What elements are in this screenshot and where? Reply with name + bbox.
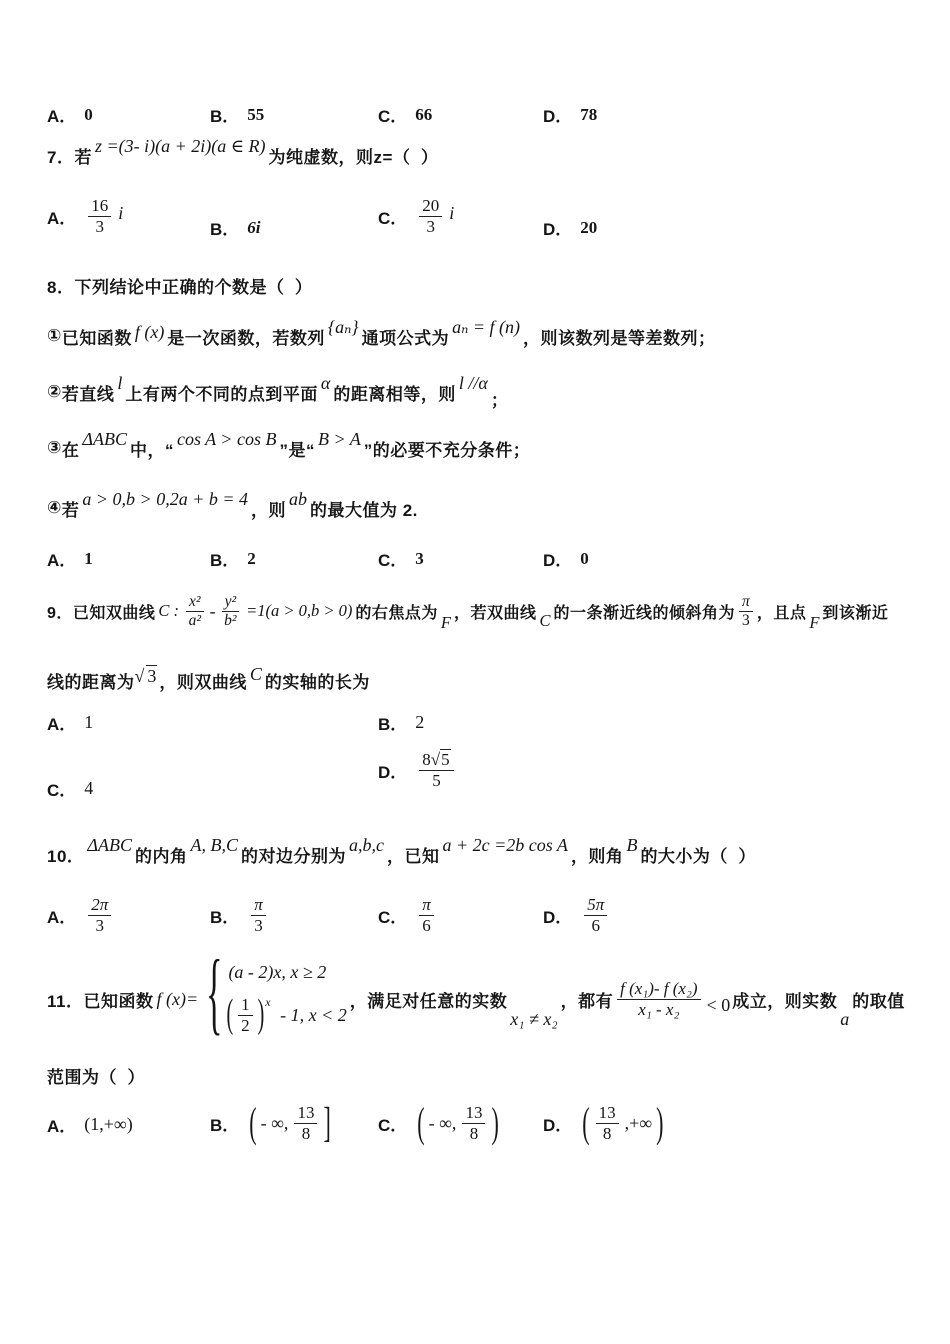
option-label: C． <box>378 546 407 571</box>
fraction-denominator: a² <box>186 612 204 630</box>
q10-option-d: D．5π6 <box>543 888 611 942</box>
option-label: A． <box>47 903 76 928</box>
fraction-numerator: π <box>251 895 266 916</box>
fraction-numerator: 16 <box>88 196 111 217</box>
math: l <box>117 373 122 394</box>
q9-option-b: B．2 <box>378 710 424 735</box>
q6-option-a: A．0 <box>47 102 93 127</box>
exponent: x <box>265 995 270 1010</box>
q11-stem: 11．已知函数f (x)={(a - 2)x, x ≥ 2(12)x - 1, … <box>47 948 905 1050</box>
piecewise-brace: { <box>206 944 222 1047</box>
radicand: 3 <box>146 665 157 687</box>
close-paren: ) <box>491 1098 498 1147</box>
fraction-denominator: 2 <box>238 1016 253 1036</box>
fraction-denominator: 3 <box>88 217 111 237</box>
q9-option-d: D．8√55 <box>378 750 458 790</box>
option-value: 6i <box>247 218 260 238</box>
option-label: B． <box>210 1111 239 1136</box>
math: {aₙ} <box>328 317 359 338</box>
q10-text: ，已知 <box>387 842 440 867</box>
item-text: 通项公式为 <box>362 324 450 349</box>
q8-option-b: B．2 <box>210 546 256 571</box>
math: ΔABC <box>87 835 132 856</box>
item-text: 中，“ <box>130 436 174 461</box>
q11-range-line: 范围为（ ） <box>47 1062 145 1088</box>
math: ab <box>289 489 307 510</box>
option-label: A． <box>47 546 76 571</box>
math: F <box>809 613 819 633</box>
fraction-numerator: 13 <box>294 1103 317 1124</box>
q11-text: 的取值 <box>852 987 905 1012</box>
q10-text: 的大小为（ ） <box>640 842 755 867</box>
option-value: 78 <box>580 105 597 125</box>
option-value: 1 <box>84 549 93 569</box>
q7-pre-text: 若 <box>74 143 92 168</box>
inequality: < 0 <box>707 995 731 1016</box>
interval-left: - ∞, <box>261 1113 289 1134</box>
q11-text: 范围为（ ） <box>47 1063 145 1088</box>
fraction-denominator: 3 <box>251 916 266 936</box>
item-text: 若直线 <box>62 380 115 405</box>
q8-item-1: ①已知函数f (x)是一次函数，若数列{aₙ}通项公式为aₙ = f (n)，则… <box>47 316 716 356</box>
item-number: ① <box>47 326 62 346</box>
math: a + 2c =2b cos A <box>442 835 567 856</box>
option-value: 4 <box>84 778 93 799</box>
q10-options-row: A．2π3 B．π3 C．π6 D．5π6 <box>0 888 950 942</box>
q11-options-row: A．(1,+∞) B．(- ∞,138] C．(- ∞,138) D．(138,… <box>0 1092 950 1154</box>
q7-number: 7． <box>47 143 74 168</box>
q10-option-c: C．π6 <box>378 888 438 942</box>
option-value: 0 <box>580 549 589 569</box>
option-label: C． <box>378 1111 407 1136</box>
radical-sign: √ <box>135 666 145 687</box>
interval-right: ,+∞ <box>625 1113 652 1134</box>
q11-option-c: C．(- ∞,138) <box>378 1092 501 1154</box>
fraction-numerator: 13 <box>462 1103 485 1124</box>
option-label: B． <box>210 903 239 928</box>
q11-number: 11． <box>47 987 83 1012</box>
q7-stem: 7．若z =(3- i)(a + 2i)(a ∈ R)为纯虚数，则z=（ ） <box>47 138 438 172</box>
q10-text: 的对边分别为 <box>241 842 346 867</box>
fraction-denominator: x₁ - x₂ <box>617 1000 700 1020</box>
q9-option-c: C．4 <box>47 776 93 801</box>
fraction: π3 <box>251 895 266 935</box>
option-value: (1,+∞) <box>84 1114 132 1135</box>
q6-option-d: D．78 <box>543 102 597 127</box>
option-label: C． <box>47 776 76 801</box>
option-label: B． <box>210 215 239 240</box>
q8-option-c: C．3 <box>378 546 424 571</box>
item-text: ，则该数列是等差数列； <box>523 324 716 349</box>
q8-option-a: A．1 <box>47 546 93 571</box>
fraction-numerator: y² <box>222 593 240 612</box>
q11-text: ，满足对任意的实数 <box>350 987 508 1012</box>
open-paren: ( <box>226 993 233 1039</box>
q11-option-a: A．(1,+∞) <box>47 1112 133 1137</box>
fraction: 138 <box>462 1103 485 1143</box>
q9-text: ，若双曲线 <box>454 600 537 623</box>
fraction: 138 <box>294 1103 317 1143</box>
option-value: 2 <box>415 712 424 733</box>
item-text: ”是“ <box>279 436 315 461</box>
fraction-denominator: 3 <box>739 612 753 630</box>
item-text: ，则 <box>251 496 286 521</box>
interval-left: - ∞, <box>429 1113 457 1134</box>
coefficient: 8 <box>422 750 431 769</box>
fraction: 138 <box>596 1103 619 1143</box>
open-paren: ( <box>582 1098 589 1147</box>
option-value: 0 <box>84 105 93 125</box>
open-paren: ( <box>249 1098 256 1147</box>
option-label: A． <box>47 710 76 735</box>
q11-option-b: B．(- ∞,138] <box>210 1092 333 1154</box>
q7-option-b: B．6i <box>210 215 261 240</box>
close-bracket: ] <box>323 1098 330 1147</box>
radical-sign: √ <box>431 750 440 769</box>
fraction-denominator: 6 <box>419 916 434 936</box>
item-number: ④ <box>47 498 62 518</box>
option-tail: i <box>449 203 454 224</box>
q9-text: 线的距离为 <box>47 668 135 693</box>
option-value: 1 <box>84 712 93 733</box>
q10-number: 10． <box>47 842 84 867</box>
q9-text: 的一条渐近线的倾斜角为 <box>554 600 736 623</box>
q8-stem: 8．下列结论中正确的个数是（ ） <box>47 272 312 298</box>
option-label: D． <box>378 758 407 783</box>
option-value: 55 <box>247 105 264 125</box>
math: F <box>441 613 451 633</box>
item-text: ”的必要不充分条件； <box>364 436 531 461</box>
fraction: 8√55 <box>419 750 453 790</box>
math: B <box>626 835 637 856</box>
fraction: π3 <box>739 593 753 630</box>
fraction-numerator: f (x₁)- f (x₂) <box>617 979 700 1000</box>
fraction: 163 <box>88 196 111 236</box>
option-label: D． <box>543 1111 572 1136</box>
item-text: 的距离相等，则 <box>333 380 456 405</box>
option-tail: i <box>118 203 123 224</box>
math: C <box>250 664 262 685</box>
option-value: 2 <box>247 549 256 569</box>
fraction-numerator: 5π <box>584 895 607 916</box>
fraction: 5π6 <box>584 895 607 935</box>
option-label: C． <box>378 204 407 229</box>
fraction-numerator: π <box>739 593 753 612</box>
item-number: ③ <box>47 438 62 458</box>
math: ΔABC <box>82 429 127 450</box>
q9-stem-line2: 线的距离为√3，则双曲线C的实轴的长为 <box>47 658 370 702</box>
item-text: 上有两个不同的点到平面 <box>125 380 318 405</box>
option-label: D． <box>543 903 572 928</box>
fraction: y²b² <box>222 593 240 630</box>
q6-option-c: C．66 <box>378 102 432 127</box>
math: f (x) <box>135 322 164 343</box>
math: aₙ = f (n) <box>452 317 520 338</box>
q10-text: ，则角 <box>571 842 624 867</box>
q9-options-row1: A．1 B．2 <box>0 710 950 738</box>
item-text: 是一次函数，若数列 <box>167 324 325 349</box>
fraction: 12 <box>238 995 253 1035</box>
difference-quotient-fraction: f (x₁)- f (x₂)x₁ - x₂ <box>617 979 700 1019</box>
math: =1(a > 0,b > 0) <box>246 601 352 621</box>
item-text: 已知函数 <box>62 324 132 349</box>
option-label: B． <box>210 546 239 571</box>
q8-item-2: ②若直线l上有两个不同的点到平面α的距离相等，则l //α； <box>47 372 508 412</box>
fraction-denominator: 5 <box>419 771 453 791</box>
item-text: ； <box>491 386 509 411</box>
q9-text: 已知双曲线 <box>73 600 156 623</box>
option-label: A． <box>47 204 76 229</box>
math: a,b,c <box>349 835 384 856</box>
option-label: C． <box>378 903 407 928</box>
q9-stem-line1: 9．已知双曲线C :x²a²-y²b²=1(a > 0,b > 0)的右焦点为F… <box>47 580 888 642</box>
q8-item-3: ③在ΔABC中，“cos A > cos B”是“B > A”的必要不充分条件； <box>47 426 530 470</box>
fraction-denominator: 8 <box>462 1124 485 1144</box>
q9-options-row2: C．4 D．8√55 <box>0 750 950 808</box>
fraction-numerator: π <box>419 895 434 916</box>
open-paren: ( <box>417 1098 424 1147</box>
math: A, B,C <box>190 835 238 856</box>
option-label: D． <box>543 546 572 571</box>
fraction-numerator: 13 <box>596 1103 619 1124</box>
q9-text: 到该渐近 <box>822 600 888 623</box>
q6-options-row: A．0 B．55 C．66 D．78 <box>0 102 950 126</box>
q8-options-row: A．1 B．2 C．3 D．0 <box>0 546 950 570</box>
option-label: A． <box>47 102 76 127</box>
q11-text: ，都有 <box>561 987 614 1012</box>
q6-option-b: B．55 <box>210 102 264 127</box>
option-label: C． <box>378 102 407 127</box>
option-label: B． <box>378 710 407 735</box>
fraction-numerator: 2π <box>88 895 111 916</box>
math: a > 0,b > 0,2a + b = 4 <box>82 489 248 510</box>
q8-number: 8． <box>47 273 74 298</box>
q9-text: ，则双曲线 <box>159 668 247 693</box>
fraction-denominator: 3 <box>419 217 442 237</box>
q11-option-d: D．(138,+∞) <box>543 1092 665 1154</box>
math: α <box>321 373 330 394</box>
q9-text: 的实轴的长为 <box>265 668 370 693</box>
fraction-denominator: 8 <box>596 1124 619 1144</box>
q9-text: 的右焦点为 <box>355 600 438 623</box>
q10-option-a: A．2π3 <box>47 888 115 942</box>
option-label: A． <box>47 1112 76 1137</box>
item-text: 在 <box>62 436 80 461</box>
fraction-numerator: 20 <box>419 196 442 217</box>
math: f (x)= <box>156 989 198 1010</box>
math: C : <box>158 601 179 621</box>
math: l //α <box>459 373 488 394</box>
q11-text: 已知函数 <box>83 987 153 1012</box>
math: cos A > cos B <box>177 429 276 450</box>
option-label: D． <box>543 102 572 127</box>
fraction-denominator: 8 <box>294 1124 317 1144</box>
fraction-numerator: x² <box>186 593 204 612</box>
q7-formula: z =(3- i)(a + 2i)(a ∈ R) <box>95 136 266 157</box>
fraction-numerator: 8√5 <box>419 750 453 771</box>
option-value: 3 <box>415 549 424 569</box>
piecewise-case-1: (a - 2)x, x ≥ 2 <box>228 962 326 983</box>
option-value: 20 <box>580 218 597 238</box>
option-label: D． <box>543 215 572 240</box>
close-paren: ) <box>656 1098 663 1147</box>
q7-options-row: A．163i B．6i C．203i D．20 <box>0 196 950 250</box>
fraction-denominator: 6 <box>584 916 607 936</box>
q9-number: 9． <box>47 600 73 623</box>
q10-stem: 10．ΔABC的内角A, B,C的对边分别为a,b,c，已知a + 2c =2b… <box>47 832 756 876</box>
fraction: π6 <box>419 895 434 935</box>
item-text: 若 <box>62 496 80 521</box>
fraction: x²a² <box>186 593 204 630</box>
q7-option-c: C．203i <box>378 196 457 236</box>
q10-option-b: B．π3 <box>210 888 270 942</box>
q7-option-a: A．163i <box>47 196 126 236</box>
fraction-denominator: 3 <box>88 916 111 936</box>
q11-text: 成立，则实数 <box>732 987 837 1012</box>
piecewise-body: (a - 2)x, x ≥ 2(12)x - 1, x < 2 <box>225 962 349 1035</box>
item-text: 的最大值为 2. <box>310 496 418 521</box>
q8-option-d: D．0 <box>543 546 589 571</box>
exam-page: A．0 B．55 C．66 D．78 7．若z =(3- i)(a + 2i)(… <box>0 0 950 1344</box>
q7-post-text: 为纯虚数，则z=（ ） <box>269 143 439 168</box>
option-value: 66 <box>415 105 432 125</box>
q9-text: ，且点 <box>757 600 807 623</box>
close-paren: ) <box>258 993 265 1039</box>
variable: a <box>840 1009 849 1030</box>
fraction: 203 <box>419 196 442 236</box>
fraction: 2π3 <box>88 895 111 935</box>
math: B > A <box>318 429 361 450</box>
piecewise-case-2: (12)x - 1, x < 2 <box>225 995 349 1035</box>
q8-item-4: ④若a > 0,b > 0,2a + b = 4，则ab的最大值为 2. <box>47 486 418 530</box>
math: - <box>210 601 216 622</box>
fraction-denominator: b² <box>222 612 240 630</box>
radicand: 5 <box>440 749 451 769</box>
item-number: ② <box>47 382 62 402</box>
fraction-numerator: 1 <box>238 995 253 1016</box>
q10-text: 的内角 <box>135 842 188 867</box>
q7-option-d: D．20 <box>543 215 597 240</box>
q8-stem-text: 下列结论中正确的个数是（ ） <box>74 273 312 298</box>
math: C <box>540 611 551 631</box>
condition: x₁ ≠ x₂ <box>510 1009 557 1030</box>
option-label: B． <box>210 102 239 127</box>
q9-option-a: A．1 <box>47 710 93 735</box>
math: - 1, x < 2 <box>276 1005 347 1026</box>
